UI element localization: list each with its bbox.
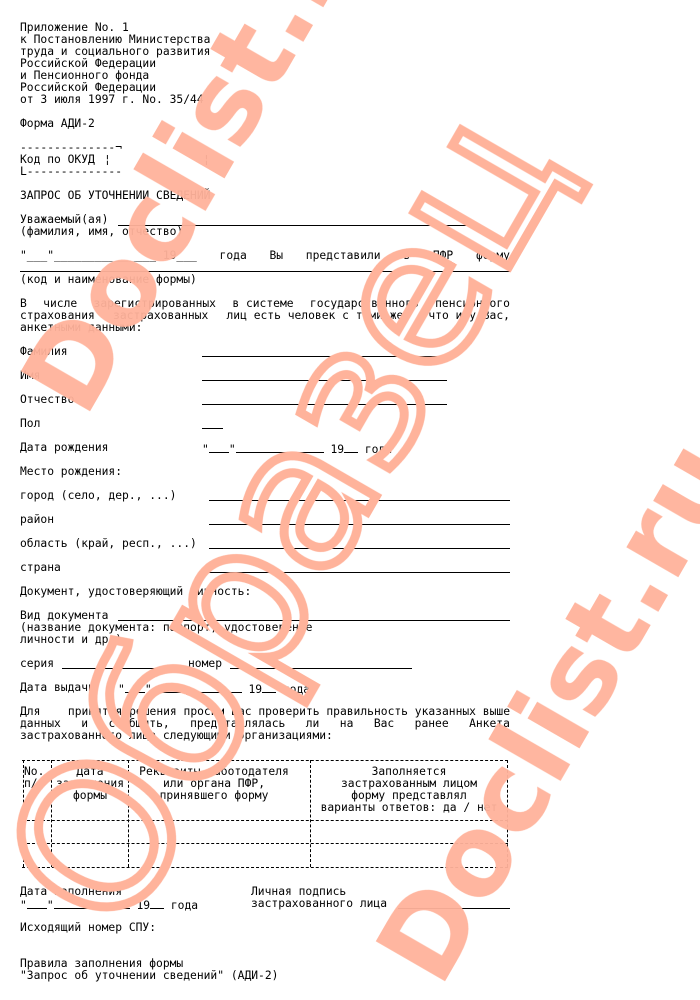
intro-line-3: анкетными данными: — [20, 322, 142, 334]
doc-type-hint-2: личности и др.) — [20, 634, 122, 646]
number-label: номер — [188, 658, 222, 670]
issue-date-field[interactable]: "" 19 года — [118, 682, 310, 694]
okud-input[interactable] — [112, 154, 202, 166]
form-code-hint: (код и наименование формы) — [20, 274, 197, 286]
col-header-answer: Заполняется застрахованным лицом форму п… — [311, 766, 507, 814]
signature-label-2: застрахованного лица — [251, 898, 387, 910]
city-label: город (село, дер., ...) — [20, 490, 176, 502]
surname-input[interactable] — [202, 356, 447, 357]
rules-line-2: "Запрос об уточнении сведений" (АДИ-2) — [20, 970, 278, 982]
col-header-employer: Реквизиты работодателя или органа ПФР, п… — [129, 766, 299, 802]
page-title: ЗАПРОС ОБ УТОЧНЕНИИ СВЕДЕНИЙ — [20, 190, 210, 202]
okud-box-right: ¦ — [203, 154, 210, 166]
surname-label: Фамилия — [20, 346, 68, 358]
fill-date-label: Дата заполнения — [20, 886, 122, 898]
name-label: Имя — [20, 370, 40, 382]
series-input[interactable] — [62, 668, 180, 669]
birth-date-field[interactable]: "" 19 года — [202, 442, 392, 454]
district-input[interactable] — [209, 524, 510, 525]
district-label: район — [20, 514, 54, 526]
series-label: серия — [20, 658, 54, 670]
country-input[interactable] — [209, 572, 510, 573]
verify-line-3: застрахованного лица следующими организа… — [20, 730, 333, 742]
name-input[interactable] — [202, 380, 447, 381]
submitted-line: "___"_______________ 19___ года Вы предс… — [20, 250, 510, 262]
submitted-date[interactable]: "___"_______________ 19___ — [20, 250, 197, 262]
identity-doc-heading: Документ, удостоверяющий личность: — [20, 586, 251, 598]
fill-date-field[interactable]: "" 19 года — [20, 898, 198, 910]
sex-input[interactable] — [202, 428, 223, 429]
city-input[interactable] — [209, 500, 510, 501]
region-label: область (край, респ., ...) — [20, 538, 197, 550]
patronymic-input[interactable] — [202, 404, 447, 405]
form-code-input[interactable] — [20, 271, 510, 272]
col-header-number: No. п/п — [24, 766, 52, 790]
header-line: от 3 июля 1997 г. No. 35/44 — [20, 94, 204, 106]
outgoing-number-label: Исходящий номер СПУ: — [20, 922, 156, 934]
issue-date-label: Дата выдачи — [20, 682, 95, 694]
patronymic-label: Отчество — [20, 394, 74, 406]
salutation-hint: (фамилия, имя, отчество) — [20, 226, 183, 238]
number-input[interactable] — [230, 668, 412, 669]
sex-label: Пол — [20, 418, 40, 430]
signature-input[interactable] — [398, 908, 510, 909]
birth-date-label: Дата рождения — [20, 442, 108, 454]
region-input[interactable] — [209, 548, 510, 549]
birth-place-heading: Место рождения: — [20, 466, 122, 478]
country-label: страна — [20, 562, 61, 574]
okud-box-bottom: L-------------- — [20, 166, 122, 178]
col-header-date: Дата заполнения формы — [52, 766, 128, 802]
form-name: Форма АДИ-2 — [20, 118, 95, 130]
watermark-text-center: Образец — [0, 72, 609, 964]
